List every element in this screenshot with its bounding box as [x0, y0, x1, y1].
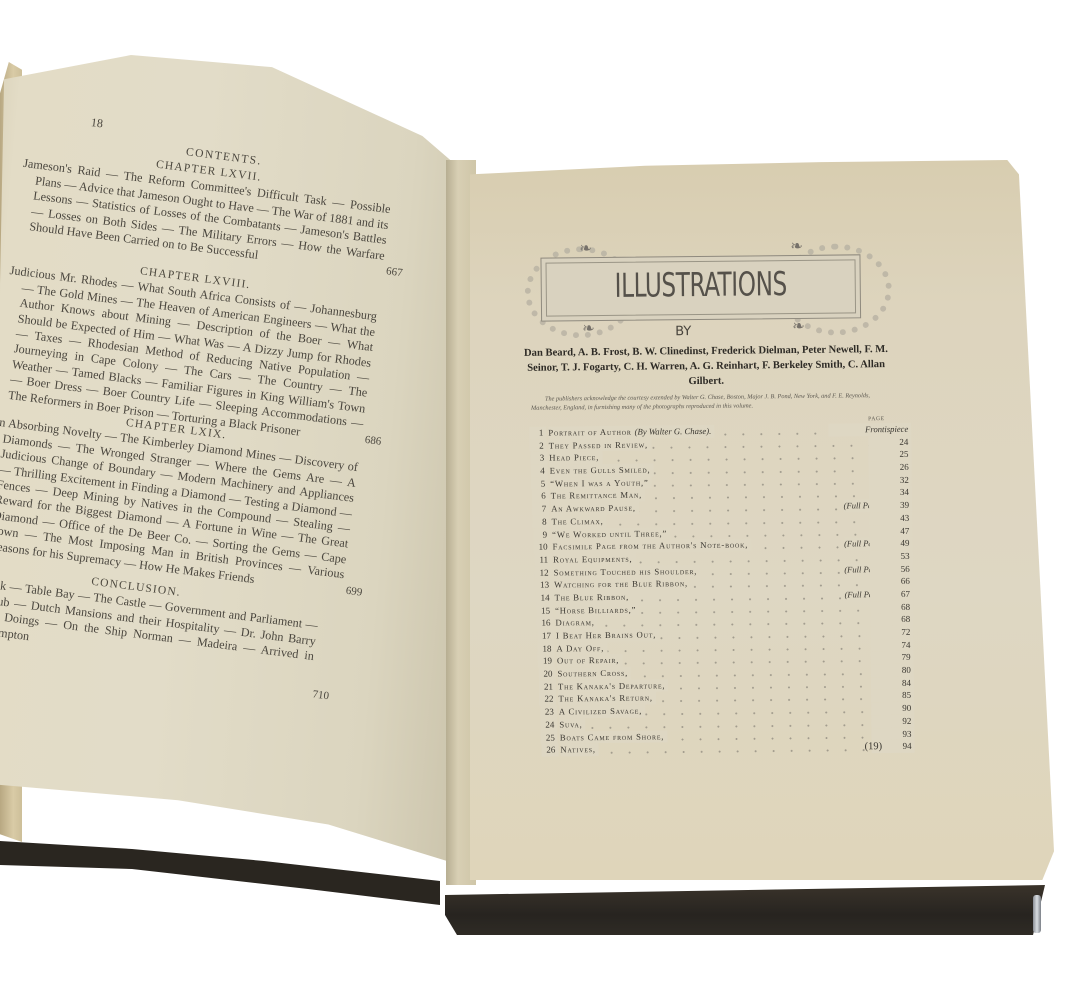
- illustration-title: The Kanaka's Departure,: [558, 679, 669, 693]
- illustration-number: 4: [531, 465, 548, 478]
- illustration-page: 53: [870, 550, 913, 563]
- illustration-page: 56: [870, 562, 913, 575]
- list-item: 26 Natives, 94: [541, 740, 914, 757]
- illustration-page: Frontispiece: [828, 423, 911, 437]
- illustration-credit: (By Walter G. Chase).: [635, 426, 712, 437]
- illustration-title: They Passed in Review,: [549, 438, 651, 452]
- illustration-page: 39: [869, 499, 912, 512]
- illustration-page: 92: [871, 715, 914, 728]
- illustration-title: “We Worked until Three,”: [552, 527, 670, 541]
- illustration-number: 7: [532, 503, 549, 516]
- open-book: 18 CONTENTS. CHAPTER LXVII. Jameson's Ra…: [0, 0, 1080, 989]
- illustration-title: I Beat Her Brains Out,: [556, 628, 659, 642]
- illustrations-banner: ILLUSTRATIONS: [540, 254, 861, 321]
- illustration-number: 22: [539, 693, 556, 706]
- publisher-acknowledgement: The publishers acknowledge the courtesy …: [531, 391, 891, 413]
- illustration-number: 9: [533, 528, 550, 541]
- illustration-page: 93: [871, 727, 914, 740]
- illustration-page: 47: [869, 524, 912, 537]
- illustration-title: The Blue Ribbon,: [554, 591, 632, 605]
- illustration-page: 24: [868, 435, 911, 448]
- illustration-page: 66: [870, 575, 913, 588]
- illustration-title: Head Piece,: [549, 451, 602, 464]
- illustration-title: Even the Gulls Smiled,: [550, 464, 654, 478]
- illustration-page: 68: [870, 600, 913, 613]
- illustration-number: 11: [534, 553, 551, 566]
- illustration-page: 34: [869, 486, 912, 499]
- illustration-page: 32: [869, 474, 912, 487]
- illustration-title: Natives,: [560, 743, 599, 756]
- illustration-number: 1: [529, 427, 546, 440]
- illustration-number: 12: [535, 566, 552, 579]
- illustration-page: 43: [869, 512, 912, 525]
- illustration-number: 23: [540, 706, 557, 719]
- illustration-number: 26: [541, 744, 558, 757]
- illustration-number: 21: [539, 680, 556, 693]
- illustration-title: “Horse Billiards,”: [555, 603, 639, 617]
- illustration-title: An Awkward Pause,: [551, 502, 639, 516]
- illustration-page: 26: [869, 461, 912, 474]
- illustration-page: 80: [871, 664, 914, 677]
- bow-ornament-icon: ❧: [579, 239, 592, 257]
- illustration-number: 6: [532, 490, 549, 503]
- illustration-title: Southern Cross,: [557, 667, 631, 680]
- illustration-number: 14: [535, 591, 552, 604]
- artist-credits: Dan Beard, A. B. Frost, B. W. Clinedinst…: [523, 342, 888, 391]
- page-column-label: PAGE: [868, 416, 885, 422]
- illustration-page: 49: [869, 537, 912, 550]
- illustration-page: 84: [871, 677, 914, 690]
- illustration-number: 19: [538, 655, 555, 668]
- illustration-number: 18: [537, 642, 554, 655]
- illustration-number: 15: [536, 604, 553, 617]
- illustration-number: 16: [536, 617, 553, 630]
- illustration-title: Diagram,: [555, 616, 597, 629]
- banner-title: ILLUSTRATIONS: [577, 264, 825, 306]
- illustration-number: 17: [537, 630, 554, 643]
- illustration-page: 79: [871, 651, 914, 664]
- illustration-page: 67: [870, 588, 913, 601]
- illustration-page: 74: [870, 638, 913, 651]
- illustration-number: 8: [533, 515, 550, 528]
- illustration-title: “When I was a Youth,”: [550, 476, 652, 490]
- illustration-number: 24: [540, 718, 557, 731]
- right-page-number: (19): [865, 741, 883, 752]
- illustration-title: The Remittance Man,: [551, 489, 646, 503]
- illustration-page: 85: [871, 689, 914, 702]
- illustration-number: 2: [530, 439, 547, 452]
- illustration-number: 5: [531, 477, 548, 490]
- illustration-number: 10: [534, 541, 551, 554]
- illustration-title: A Day Off,: [556, 642, 607, 655]
- illustration-number: 13: [535, 579, 552, 592]
- illustrations-page: ❧ ❧ ❧ ❧ ILLUSTRATIONS BY Dan Beard, A. B…: [0, 0, 1080, 989]
- illustration-title: Royal Equipments,: [553, 553, 636, 567]
- illustration-number: 20: [538, 668, 555, 681]
- bow-ornament-icon: ❧: [790, 237, 803, 255]
- illustration-page: 90: [871, 702, 914, 715]
- illustration-page: 25: [868, 448, 911, 461]
- illustration-title: Suva,: [559, 718, 585, 731]
- illustration-title: Out of Repair,: [557, 654, 622, 667]
- illustration-number: 3: [530, 452, 547, 465]
- illustration-title: Boats Came from Shore,: [560, 730, 668, 744]
- illustration-number: 25: [541, 731, 558, 744]
- illustration-page: 68: [870, 613, 913, 626]
- illustrations-list: 1 Portrait of Author (By Walter G. Chase…: [529, 423, 914, 757]
- illustration-title: A Civilized Savage,: [559, 705, 645, 719]
- illustration-title: The Climax,: [552, 515, 607, 528]
- illustration-page: 72: [870, 626, 913, 639]
- by-text: BY: [643, 324, 723, 340]
- illustration-title: The Kanaka's Return,: [558, 692, 656, 706]
- leader-dots: [560, 740, 884, 756]
